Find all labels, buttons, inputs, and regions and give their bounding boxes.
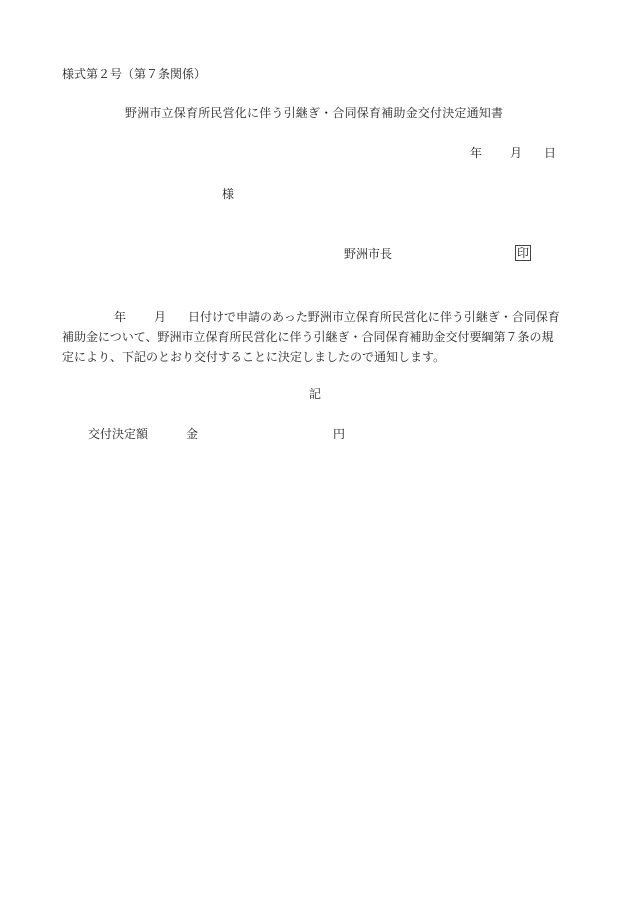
document-title: 野洲市立保育所民営化に伴う引継ぎ・合同保育補助金交付決定通知書 (125, 107, 503, 119)
date-day-label: 日 (544, 147, 556, 159)
grant-amount-label: 交付決定額 (88, 428, 148, 440)
note-heading: 記 (309, 388, 321, 400)
body-line-2: 補助金について、野洲市立保育所民営化に伴う引継ぎ・合同保育補助金交付要綱第７条の… (62, 327, 582, 347)
body-month-label: 月 (154, 307, 188, 327)
addressee-suffix: 様 (222, 188, 234, 200)
issue-date: 年月日 (470, 147, 556, 159)
form-number: 様式第２号（第７条関係） (62, 68, 206, 80)
body-line-1: 年月日付けで申請のあった野洲市立保育所民営化に伴う引継ぎ・合同保育 (62, 307, 582, 327)
body-line-3: 定により、下記のとおり交付することに決定しましたので通知します。 (62, 347, 582, 367)
body-paragraph: 年月日付けで申請のあった野洲市立保育所民営化に伴う引継ぎ・合同保育 補助金につい… (62, 307, 582, 367)
body-line-1-text: 日付けで申請のあった野洲市立保育所民営化に伴う引継ぎ・合同保育 (188, 310, 560, 324)
grant-amount-unit: 円 (333, 428, 345, 440)
seal-box: 印 (515, 245, 531, 261)
date-month-label: 月 (510, 147, 544, 159)
date-year-label: 年 (470, 147, 510, 159)
sender-name: 野洲市長 (344, 248, 392, 260)
body-year-label: 年 (114, 307, 154, 327)
grant-amount-prefix: 金 (186, 428, 198, 440)
